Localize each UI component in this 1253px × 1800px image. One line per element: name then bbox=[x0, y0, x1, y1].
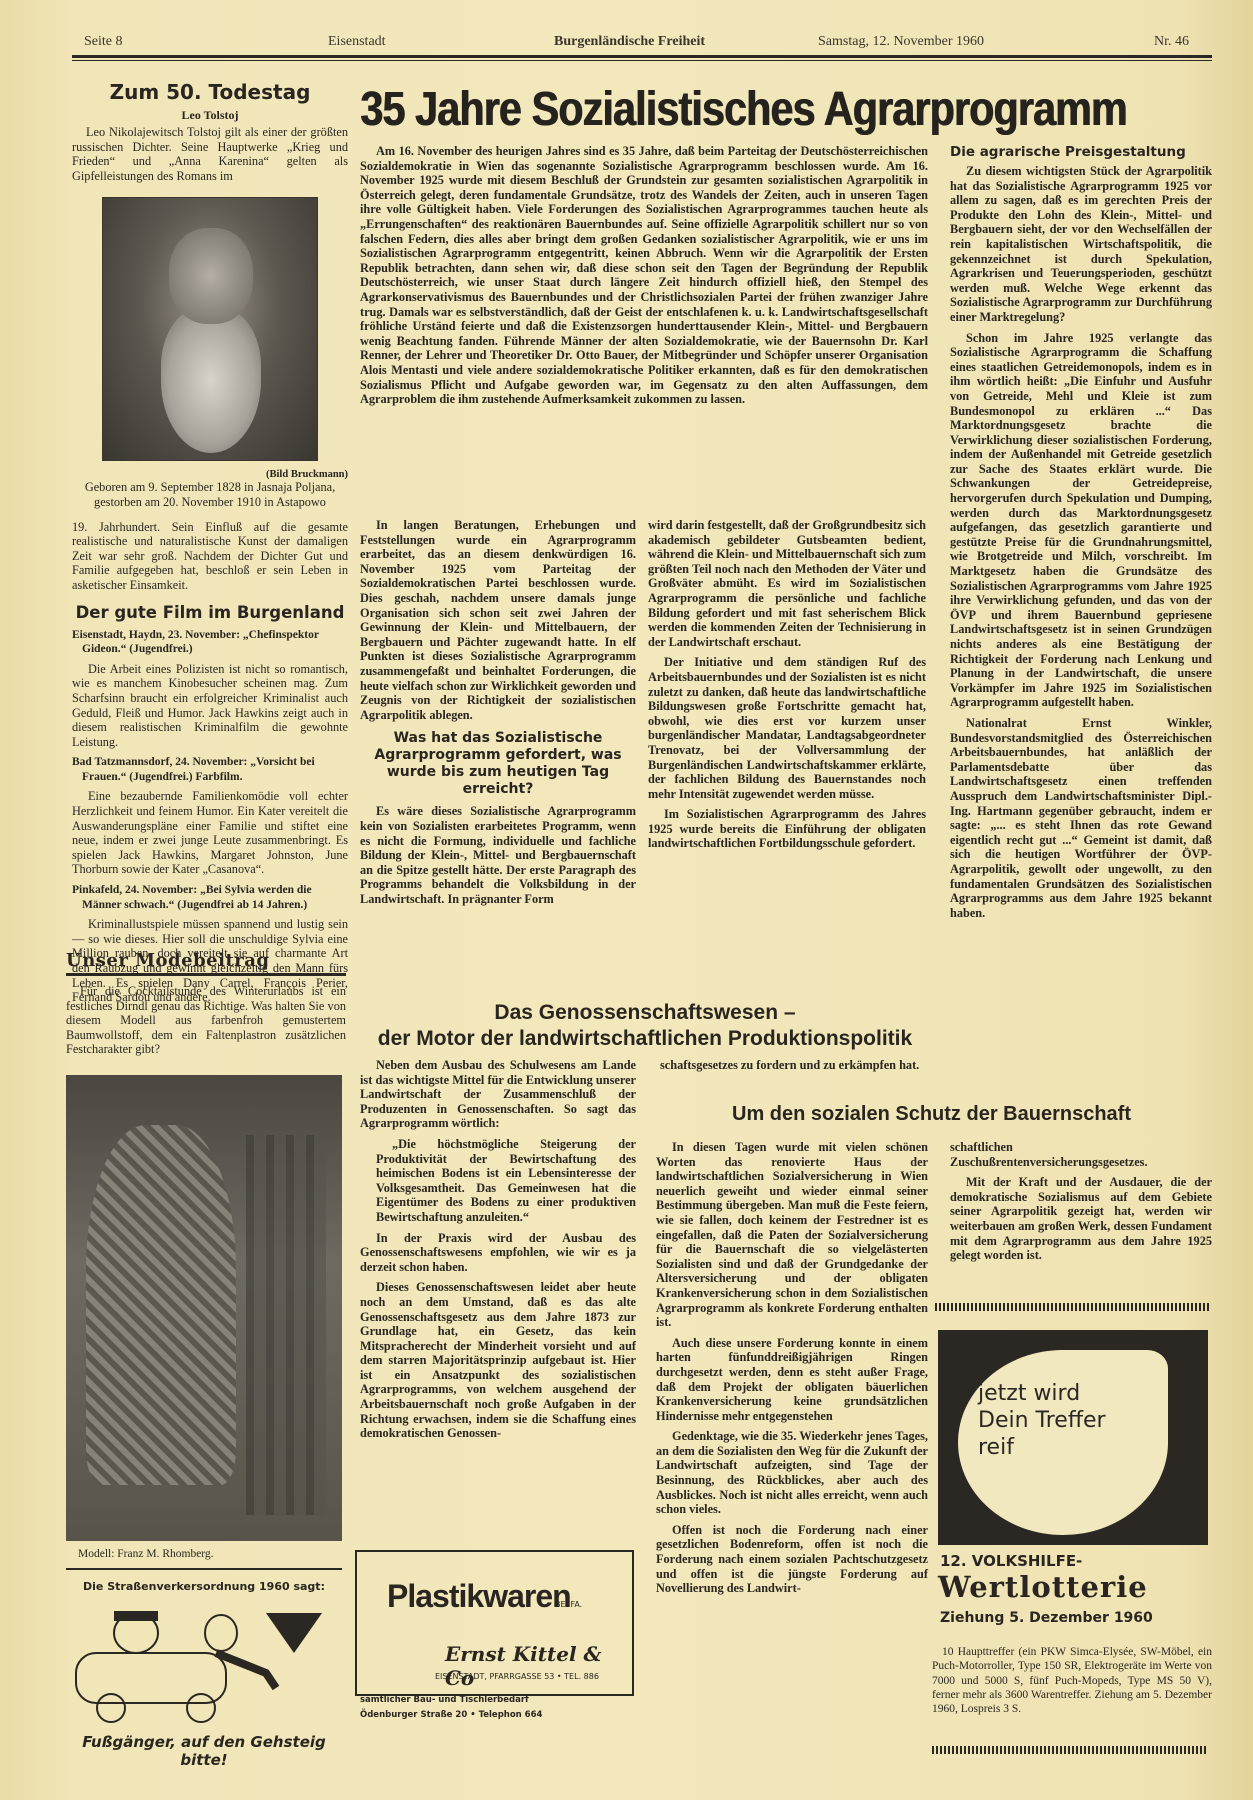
bar-shelves bbox=[246, 1135, 326, 1515]
film-entry-head: Pinkafeld, 24. November: „Bei Sylvia wer… bbox=[72, 883, 348, 912]
newspaper-page: Seite 8 Eisenstadt Burgenländische Freih… bbox=[0, 0, 1253, 1800]
social-headline: Um den sozialen Schutz der Bauernschaft bbox=[732, 1103, 1212, 1126]
traffic-ad-title: Die Straßenverkersordnung 1960 sagt: bbox=[66, 1580, 342, 1593]
beard-shape bbox=[161, 308, 261, 453]
page-number: Seite 8 bbox=[84, 34, 123, 50]
fashion-title: Unser Modebeitrag bbox=[66, 950, 346, 971]
city: Eisenstadt bbox=[328, 34, 386, 50]
traffic-ad-slogan: Fußgänger, auf den Gehsteig bitte! bbox=[66, 1733, 342, 1769]
cartoon-illustration bbox=[66, 1593, 342, 1733]
price-subhead: Die agrarische Preisgestaltung bbox=[950, 144, 1212, 160]
price-paragraph: Nationalrat Ernst Winkler, Bundesvorstan… bbox=[950, 716, 1212, 920]
lottery-title: Wertlotterie bbox=[938, 1570, 1148, 1604]
header-rule bbox=[72, 55, 1212, 58]
lottery-draw: Ziehung 5. Dezember 1960 bbox=[940, 1610, 1153, 1626]
col1-subhead: Was hat das Sozialistische Agrarprogramm… bbox=[360, 730, 636, 798]
plastik-title: Plastikwaren bbox=[387, 1578, 571, 1615]
page-header: Seite 8 Eisenstadt Burgenländische Freih… bbox=[84, 34, 1214, 54]
film-entry-head: Bad Tatzmannsdorf, 24. November: „Vorsic… bbox=[72, 755, 348, 784]
main-col1: In langen Beratungen, Erhebungen und Fes… bbox=[360, 518, 636, 912]
main-headline-wrap: 35 Jahre Sozialistisches Agrarprogramm bbox=[360, 82, 1212, 142]
lead-paragraph: Am 16. November des heurigen Jahres sind… bbox=[360, 144, 928, 407]
social-paragraph: schaftlichen Zuschußrentenversicherungsg… bbox=[950, 1140, 1212, 1169]
coop-col1: Neben dem Ausbau des Schulwesens am Land… bbox=[360, 1058, 636, 1447]
traffic-ad: Die Straßenverkersordnung 1960 sagt: Fuß… bbox=[66, 1580, 342, 1769]
fashion-rule bbox=[66, 973, 346, 976]
issue-number: Nr. 46 bbox=[1154, 34, 1189, 50]
price-section: Die agrarische Preisgestaltung Zu diesem… bbox=[950, 144, 1212, 926]
film-entry-text: Eine bezaubernde Familienkomödie voll ec… bbox=[72, 789, 348, 877]
photo-credit: (Bild Bruckmann) bbox=[72, 469, 348, 480]
main-lead: Am 16. November des heurigen Jahres sind… bbox=[360, 144, 928, 413]
newspaper-name: Burgenländische Freiheit bbox=[554, 34, 705, 50]
tolstoj-body: 19. Jahrhundert. Sein Einfluß auf die ge… bbox=[72, 520, 348, 593]
price-paragraph: Zu diesem wichtigsten Stück der Agrarpol… bbox=[950, 164, 1212, 325]
price-paragraph: Schon im Jahre 1925 verlangte das Sozial… bbox=[950, 331, 1212, 710]
social-paragraph: Auch diese unsere Forderung konnte in ei… bbox=[656, 1336, 928, 1424]
film-entry-head: Eisenstadt, Haydn, 23. November: „Chefin… bbox=[72, 628, 348, 657]
main-col2: wird darin festgestellt, daß der Großgru… bbox=[648, 518, 926, 857]
col2-paragraph: Der Initiative und dem ständigen Ruf des… bbox=[648, 655, 926, 801]
lottery-bubble-text: jetzt wird Dein Treffer reif bbox=[978, 1380, 1128, 1461]
coop-paragraph: schaftsgesetzes zu fordern und zu erkämp… bbox=[660, 1058, 928, 1073]
lottery-text: 10 Haupttreffer (ein PKW Simca-Elysée, S… bbox=[932, 1645, 1212, 1716]
plastik-bei: BEI FA. bbox=[555, 1600, 582, 1609]
lottery-line1: 12. VOLKSHILFE- bbox=[940, 1552, 1082, 1570]
tolstoj-portrait bbox=[102, 197, 318, 461]
dirndl-model-shape bbox=[86, 1125, 236, 1485]
tolstoj-caption: Geboren am 9. September 1828 in Jasnaja … bbox=[72, 480, 348, 509]
face-shape bbox=[169, 228, 253, 324]
lottery-bottom-stripe bbox=[932, 1746, 1208, 1754]
fashion-photo bbox=[66, 1075, 342, 1541]
social-paragraph: Mit der Kraft und der Ausdauer, die der … bbox=[950, 1175, 1212, 1263]
fashion-article: Unser Modebeitrag Für die Cocktailstunde… bbox=[66, 950, 346, 1057]
header-rule-thin bbox=[72, 60, 1212, 61]
plastik-line2: Ödenburger Straße 20 • Telephon 664 bbox=[360, 1710, 542, 1720]
col2-paragraph: wird darin festgestellt, daß der Großgru… bbox=[648, 518, 926, 649]
col1-paragraph: Es wäre dieses Sozialistische Agrarprogr… bbox=[360, 804, 636, 906]
coop-quote: „Die höchstmögliche Steigerung der Produ… bbox=[360, 1137, 636, 1225]
issue-date: Samstag, 12. November 1960 bbox=[818, 34, 984, 50]
coop-headline-line1: Das Genossenschaftswesen – bbox=[360, 1000, 930, 1026]
traffic-cartoon bbox=[66, 1593, 342, 1733]
social-right: schaftlichen Zuschußrentenversicherungsg… bbox=[950, 1140, 1212, 1269]
tolstoj-article: Zum 50. Todestag Leo Tolstoj Leo Nikolaj… bbox=[72, 80, 348, 1011]
fashion-text: Für die Cocktailstunde des Winterurlaubs… bbox=[66, 984, 346, 1057]
coop-headline-line2: der Motor der landwirtschaftlichen Produ… bbox=[360, 1026, 930, 1052]
film-section-title: Der gute Film im Burgenland bbox=[72, 603, 348, 622]
coop-paragraph: In der Praxis wird der Ausbau des Genoss… bbox=[360, 1231, 636, 1275]
coop-col2: schaftsgesetzes zu fordern und zu erkämp… bbox=[660, 1058, 928, 1079]
tolstoj-subtitle: Leo Tolstoj bbox=[72, 108, 348, 123]
coop-paragraph: Neben dem Ausbau des Schulwesens am Land… bbox=[360, 1058, 636, 1131]
film-listing: Eisenstadt, Haydn, 23. November: „Chefin… bbox=[72, 628, 348, 1005]
col1-paragraph: In langen Beratungen, Erhebungen und Fes… bbox=[360, 518, 636, 722]
social-col: In diesen Tagen wurde mit vielen schönen… bbox=[656, 1140, 928, 1602]
lottery-banner: jetzt wird Dein Treffer reif bbox=[938, 1330, 1208, 1545]
plastikwaren-ad: Plastikwaren BEI FA. Ernst Kittel & Co E… bbox=[355, 1550, 634, 1696]
tolstoj-title: Zum 50. Todestag bbox=[72, 80, 348, 104]
main-headline: 35 Jahre Sozialistisches Agrarprogramm bbox=[360, 82, 1093, 137]
fashion-caption: Modell: Franz M. Rhomberg. bbox=[78, 1548, 214, 1560]
lottery-top-stripe bbox=[935, 1303, 1211, 1311]
film-entry-text: Die Arbeit eines Polizisten ist nicht so… bbox=[72, 662, 348, 750]
coop-paragraph: Dieses Genossenschaftswesen leidet aber … bbox=[360, 1280, 636, 1441]
col2-paragraph: Im Sozialistischen Agrarprogramm des Jah… bbox=[648, 807, 926, 851]
plastik-line1: sämtlicher Bau- und Tischlerbedarf bbox=[360, 1695, 529, 1705]
tolstoj-intro: Leo Nikolajewitsch Tolstoj gilt als eine… bbox=[72, 125, 348, 183]
plastik-address: EISENSTADT, PFARRGASSE 53 • TEL. 886 bbox=[435, 1672, 599, 1681]
social-paragraph: Offen ist noch die Forderung nach einer … bbox=[656, 1523, 928, 1596]
plastik-company: Ernst Kittel & Co bbox=[445, 1642, 632, 1690]
social-paragraph: In diesen Tagen wurde mit vielen schönen… bbox=[656, 1140, 928, 1330]
section-divider bbox=[66, 1568, 342, 1570]
social-paragraph: Gedenktage, wie die 35. Wiederkehr jenes… bbox=[656, 1429, 928, 1517]
coop-headline: Das Genossenschaftswesen – der Motor der… bbox=[360, 1000, 930, 1052]
